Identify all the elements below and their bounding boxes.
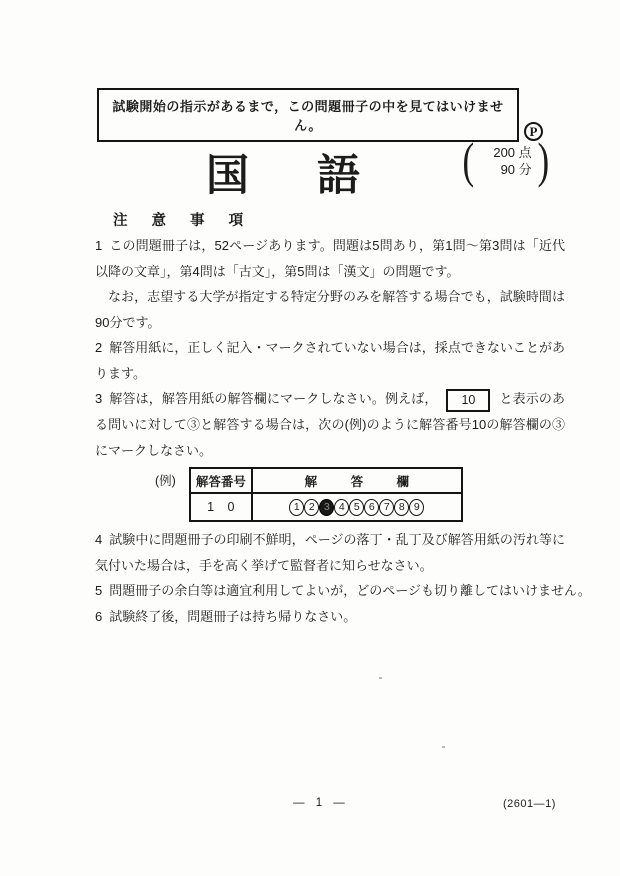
notice-item-5-text: 問題冊子の余白等は適宜利用してよいが，どのページも切り離してはいけません。 bbox=[109, 583, 591, 598]
duration-value: 90 分 bbox=[480, 161, 532, 178]
boxed-answer-number: 10 bbox=[446, 389, 490, 412]
notice-heading: 注 意 事 項 bbox=[113, 209, 253, 230]
notice-item-6: 6試験終了後，問題冊子は持ち帰りなさい。 bbox=[95, 604, 565, 630]
scan-speck bbox=[442, 746, 445, 748]
notice-item-4-text: 試験中に問題冊子の印刷不鮮明，ページの落丁・乱丁及び解答用紙の汚れ等に気付いた場… bbox=[95, 532, 565, 573]
notice-item-3-number: 3 bbox=[95, 391, 109, 406]
notice-item-1: 1この問題冊子は，52ページあります。問題は5問あり，第1問～第3問は「近代以降… bbox=[95, 233, 565, 284]
open-paren: ( bbox=[462, 136, 474, 184]
answer-digit-5: 5 bbox=[349, 499, 364, 516]
subject-char-2: 語 bbox=[317, 142, 360, 203]
answer-digit-7: 7 bbox=[379, 499, 394, 516]
answer-digits: 123456789 bbox=[253, 494, 461, 520]
score-time-inner: 200 点 90 分 bbox=[477, 142, 535, 178]
example-block: (例) 解答番号 解 答 欄 1 0 123456789 bbox=[155, 467, 565, 522]
notice-item-6-text: 試験終了後，問題冊子は持ち帰りなさい。 bbox=[109, 609, 356, 624]
notice-item-6-number: 6 bbox=[95, 609, 109, 624]
answer-digit-2: 2 bbox=[304, 499, 319, 516]
notice-item-5-number: 5 bbox=[95, 583, 109, 598]
notice-item-4: 4試験中に問題冊子の印刷不鮮明，ページの落丁・乱丁及び解答用紙の汚れ等に気付いた… bbox=[95, 527, 565, 578]
answer-digit-6: 6 bbox=[364, 499, 379, 516]
notice-item-5: 5問題冊子の余白等は適宜利用してよいが，どのページも切り離してはいけません。 bbox=[95, 578, 565, 604]
subject-char-1: 国 bbox=[206, 142, 249, 203]
score-time-block: ( 200 点 90 分 ) bbox=[460, 136, 551, 184]
answer-field-column-header: 解 答 欄 bbox=[253, 469, 461, 494]
answer-number-value: 1 0 bbox=[191, 494, 253, 520]
notice-item-1-paragraph-2: なお，志望する大学が指定する特定分野のみを解答する場合でも，試験時間は90分です… bbox=[95, 284, 565, 335]
score-value: 200 点 bbox=[480, 144, 532, 161]
notice-item-3-text-pre: 解答は，解答用紙の解答欄にマークしなさい。例えば， bbox=[109, 391, 437, 406]
scan-speck bbox=[379, 677, 382, 679]
footer-page-number: — 1 — bbox=[293, 797, 349, 809]
answer-digit-4: 4 bbox=[334, 499, 349, 516]
notice-list: 1この問題冊子は，52ページあります。問題は5問あり，第1問～第3問は「近代以降… bbox=[95, 233, 565, 629]
exam-warning-text: 試験開始の指示があるまで，この問題冊子の中を見てはいけません。 bbox=[112, 99, 503, 133]
notice-item-2-number: 2 bbox=[95, 340, 109, 355]
notice-item-3: 3解答は，解答用紙の解答欄にマークしなさい。例えば，10と表示のある問いに対して… bbox=[95, 386, 565, 463]
answer-digit-8: 8 bbox=[394, 499, 409, 516]
footer-booklet-code: (2601—1) bbox=[503, 798, 556, 810]
example-answer-table: 解答番号 解 答 欄 1 0 123456789 bbox=[189, 467, 463, 522]
example-label: (例) bbox=[155, 467, 176, 522]
answer-digit-1: 1 bbox=[289, 499, 304, 516]
close-paren: ) bbox=[537, 136, 549, 184]
answer-digit-3-marked: 3 bbox=[319, 499, 334, 516]
exam-warning-banner: 試験開始の指示があるまで，この問題冊子の中を見てはいけません。 bbox=[97, 88, 519, 142]
answer-digit-9: 9 bbox=[409, 499, 424, 516]
exam-cover-page: 試験開始の指示があるまで，この問題冊子の中を見てはいけません。 P 国 語 ( … bbox=[0, 0, 620, 876]
notice-item-1-text: この問題冊子は，52ページあります。問題は5問あり，第1問～第3問は「近代以降の… bbox=[95, 238, 565, 279]
notice-item-2: 2解答用紙に，正しく記入・マークされていない場合は，採点できないことがあります。 bbox=[95, 335, 565, 386]
answer-number-column-header: 解答番号 bbox=[191, 469, 253, 494]
notice-item-4-number: 4 bbox=[95, 532, 109, 547]
notice-item-1-number: 1 bbox=[95, 238, 109, 253]
notice-item-2-text: 解答用紙に，正しく記入・マークされていない場合は，採点できないことがあります。 bbox=[95, 340, 565, 381]
subject-title: 国 語 bbox=[206, 142, 360, 203]
